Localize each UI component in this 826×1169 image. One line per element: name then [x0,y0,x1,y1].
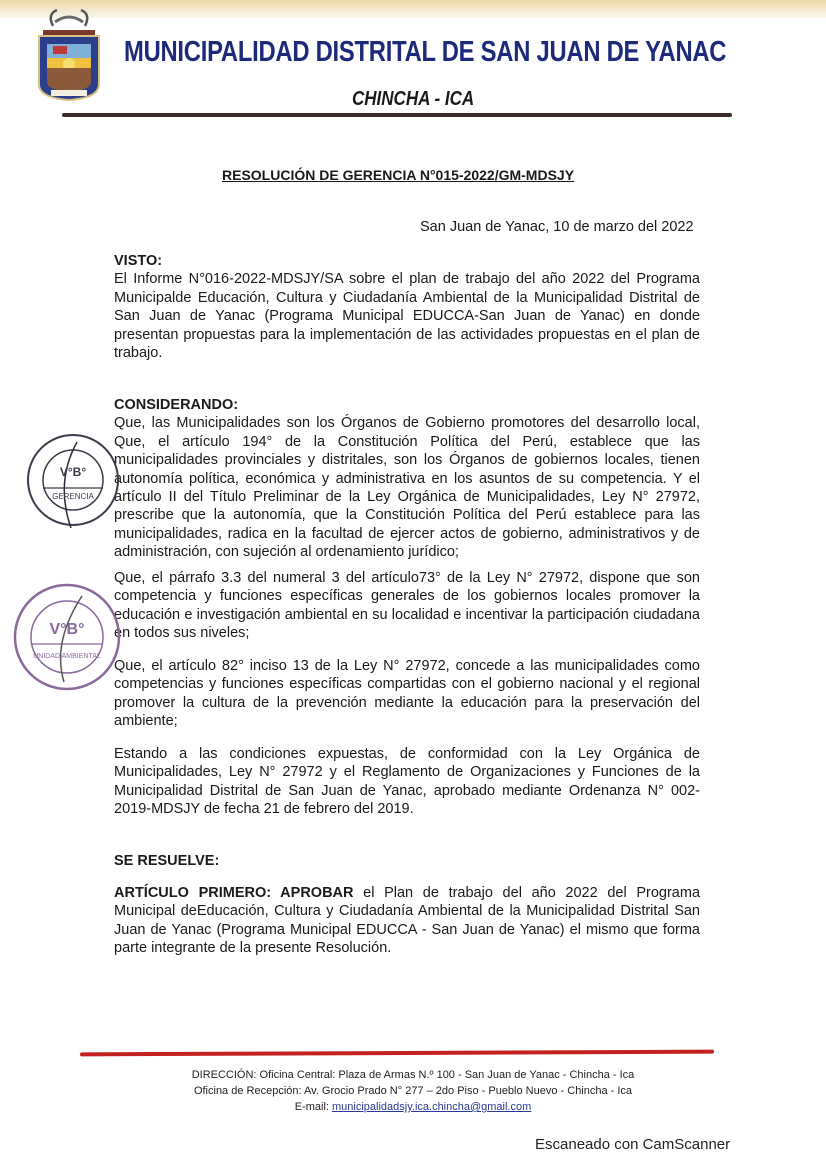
article-label: ARTÍCULO PRIMERO: APROBAR [114,885,354,901]
considerando-section: CONSIDERANDO: Que, las Municipalidades s… [114,396,700,562]
ambiental-stamp-icon: V°B° UNIDAD AMBIENTAL [12,582,122,692]
footer-address-2: Oficina de Recepción: Av. Grocio Prado N… [0,1085,826,1097]
footer-address-1: DIRECCIÓN: Oficina Central: Plaza de Arm… [0,1069,826,1081]
stamp-unit-text: UNIDAD AMBIENTAL [33,653,101,660]
resuelve-heading: SE RESUELVE: [114,852,700,870]
considerando-paragraph-3: Que, el artículo 82° inciso 13 de la Ley… [114,657,700,731]
considerando-paragraph: Que, el artículo 82° inciso 13 de la Ley… [114,657,700,731]
municipal-crest-icon [33,6,105,102]
considerando-paragraph: Que, las Municipalidades son los Órganos… [114,414,700,561]
footer-email-label: E-mail: [295,1101,332,1113]
footer-email-link[interactable]: municipalidadsjy.ica.chincha@gmail.com [332,1101,531,1113]
considerando-paragraph-4: Estando a las condiciones expuestas, de … [114,745,700,819]
gerencia-stamp-icon: V°B° GERENCIA [25,432,121,528]
considerando-paragraph: Estando a las condiciones expuestas, de … [114,745,700,819]
resolution-title: RESOLUCIÓN DE GERENCIA N°015-2022/GM-MDS… [222,167,574,183]
article-primero: ARTÍCULO PRIMERO: APROBAR el Plan de tra… [114,884,700,958]
scan-edge-tint [0,0,826,18]
visto-text: El Informe N°016-2022-MDSJY/SA sobre el … [114,270,700,362]
header-title: MUNICIPALIDAD DISTRITAL DE SAN JUAN DE Y… [124,36,726,69]
visto-heading: VISTO: [114,252,700,270]
header-divider [62,113,732,117]
footer-email-line: E-mail: municipalidadsjy.ica.chincha@gma… [0,1101,826,1113]
camscanner-watermark: Escaneado con CamScanner [535,1136,730,1153]
considerando-paragraph-2: Que, el párrafo 3.3 del numeral 3 del ar… [114,569,700,643]
header-subtitle: CHINCHA - ICA [352,88,474,111]
considerando-paragraph: Que, el párrafo 3.3 del numeral 3 del ar… [114,569,700,643]
stamp-gerencia-text: GERENCIA [52,492,94,501]
footer-divider [80,1050,714,1057]
visto-section: VISTO: El Informe N°016-2022-MDSJY/SA so… [114,252,700,362]
resuelve-heading-block: SE RESUELVE: [114,852,700,870]
date-line: San Juan de Yanac, 10 de marzo del 2022 [420,219,694,235]
considerando-heading: CONSIDERANDO: [114,396,700,414]
stamp-vb-text: V°B° [60,465,86,479]
